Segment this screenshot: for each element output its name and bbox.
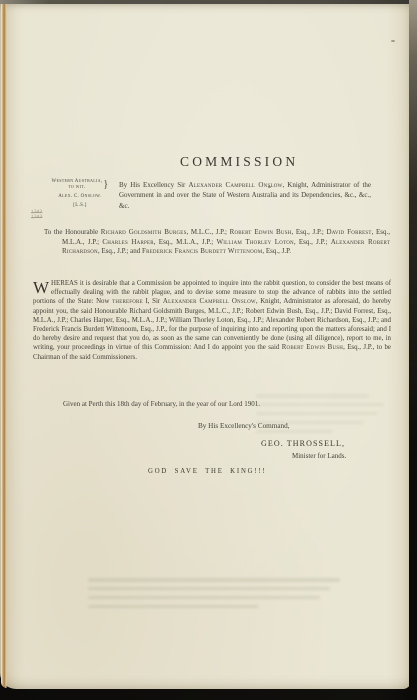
show-through-ghosting: [88, 578, 340, 614]
drop-cap-w: W: [33, 280, 49, 295]
pencil-marginalia-line2: 1343: [31, 215, 43, 220]
command-line: By His Excellency's Command,: [198, 422, 290, 430]
signature-title: Minister for Lands.: [292, 452, 346, 460]
jurisdiction-note: Western Australia, to wit.: [52, 179, 103, 191]
show-through-ghosting: [256, 394, 384, 438]
addressees-paragraph: To the Honourable Richard Goldsmith Burg…: [44, 228, 390, 257]
paper-speck: [391, 40, 395, 42]
commission-body-text: HEREAS it is desirable that a Commission…: [33, 280, 391, 361]
book-binding-edge: [1, 4, 7, 688]
pencil-marginalia: 1343 1343: [31, 211, 43, 220]
margin-signatory: Alex. C. Onslow.: [45, 194, 115, 200]
dateline: Given at Perth this 18th day of February…: [63, 400, 260, 408]
brace-glyph: }: [103, 182, 108, 188]
document-title: COMMISSION: [180, 154, 298, 170]
commission-body-paragraph: WHEREAS it is desirable that a Commissio…: [33, 279, 391, 362]
margin-note: Western Australia, to wit. } Alex. C. On…: [45, 179, 115, 209]
signature-name: GEO. THROSSELL,: [261, 439, 345, 448]
scan-top-edge: [0, 0, 411, 4]
motto-line: GOD SAVE THE KING!!!: [148, 468, 267, 475]
seal-notation: [L.S.]: [45, 203, 115, 209]
scan-right-edge: [409, 0, 417, 700]
scan-bottom-edge: [0, 689, 417, 700]
scanned-document-screenshot: COMMISSION Western Australia, to wit. } …: [0, 0, 417, 700]
jurisdiction-line2: to wit.: [52, 185, 103, 191]
preamble-paragraph: By His Excellency Sir Alexander Campbell…: [119, 180, 371, 211]
